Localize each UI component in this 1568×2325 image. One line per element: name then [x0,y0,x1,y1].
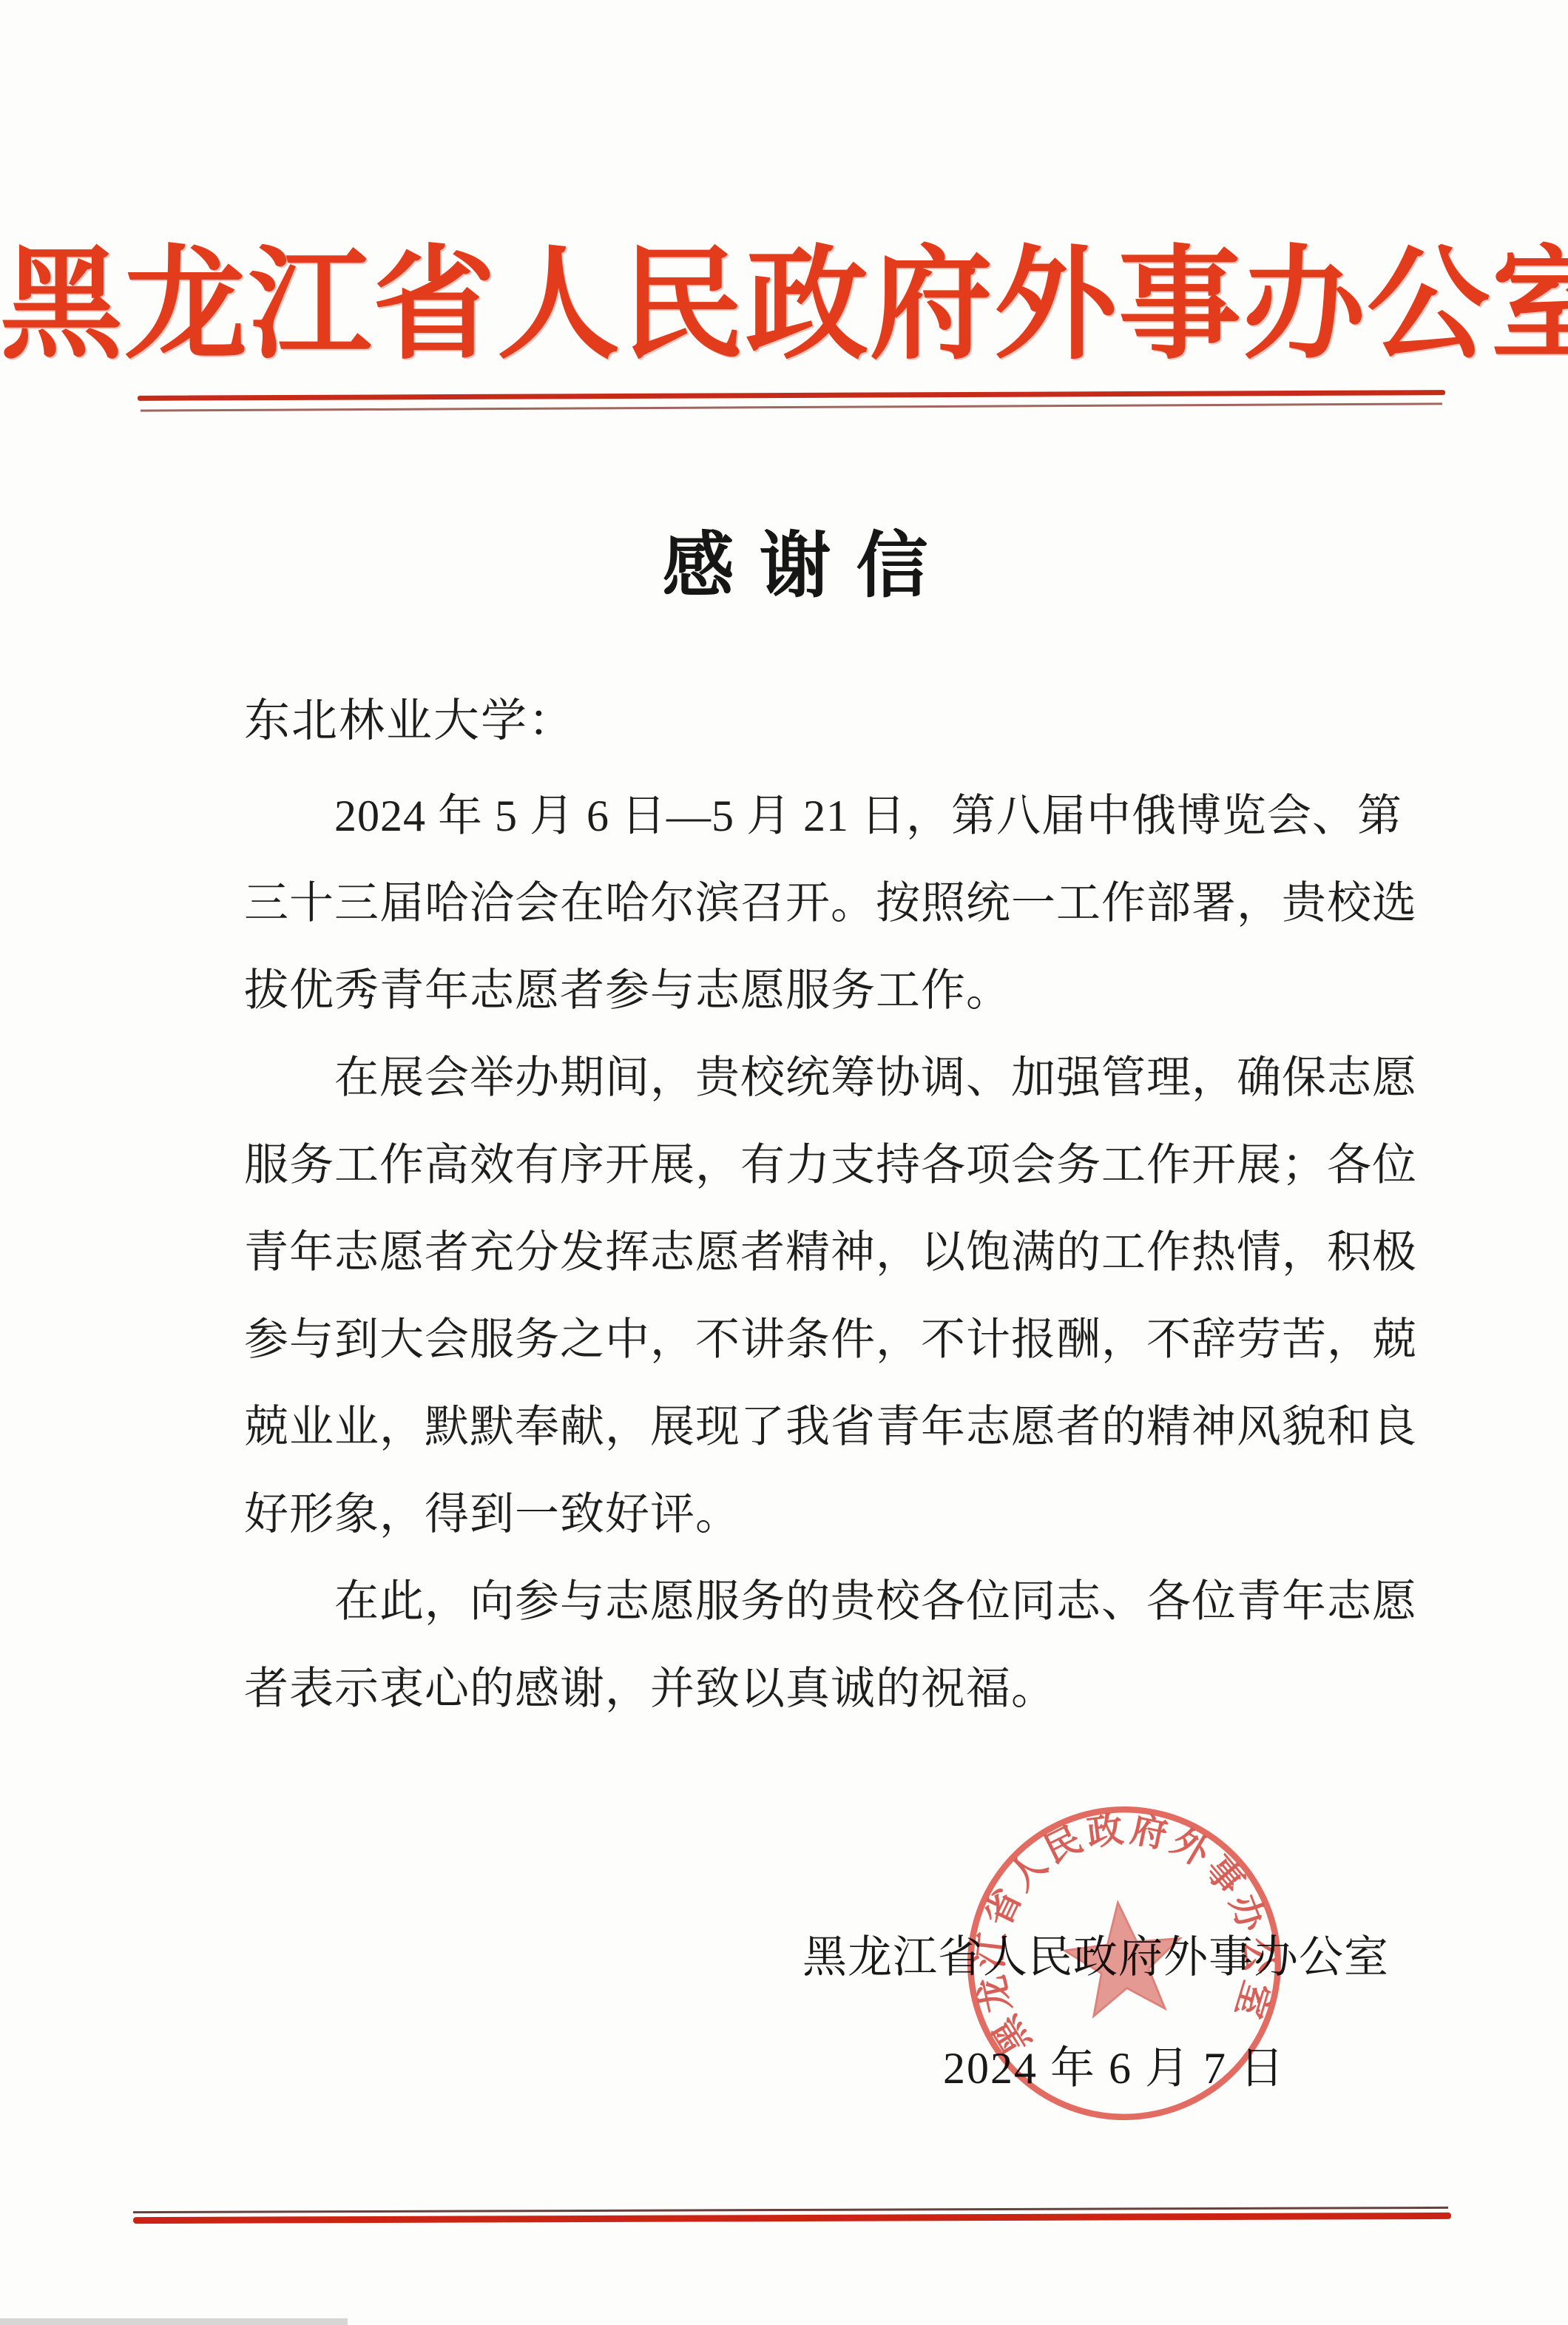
body-line: 拔优秀青年志愿者参与志愿服务工作。 [244,947,1402,1034]
header-rule-thick [138,390,1445,401]
body-line: 2024 年 5 月 6 日—5 月 21 日，第八届中俄博览会、第 [244,772,1402,860]
body-line: 在展会举办期间，贵校统筹协调、加强管理，确保志愿 [244,1034,1402,1121]
footer-rule-thin [133,2207,1448,2213]
scan-edge-smudge [0,2318,348,2325]
footer-rule-thick [133,2213,1451,2224]
official-seal: 黑龙江省人民政府外事办公室 [933,1764,1316,2162]
body-paragraphs: 2024 年 5 月 6 日—5 月 21 日，第八届中俄博览会、第三十三届哈洽… [244,772,1402,1732]
letterhead-title: 黑龙江省人民政府外事办公室 [0,235,1568,376]
body-line: 青年志愿者充分发挥志愿者精神，以饱满的工作热情，积极 [244,1209,1402,1296]
body-line: 服务工作高效有序开展，有力支持各项会务工作开展；各位 [244,1121,1402,1209]
seal-star-icon [1060,1897,1186,2019]
body-line: 三十三届哈洽会在哈尔滨召开。按照统一工作部署，贵校选 [244,860,1402,947]
seal-graphic: 黑龙江省人民政府外事办公室 [933,1764,1316,2162]
body-line: 在此，向参与志愿服务的贵校各位同志、各位青年志愿 [244,1558,1402,1645]
body-line: 参与到大会服务之中，不讲条件，不计报酬，不辞劳苦，兢 [244,1296,1402,1383]
body-line: 好形象，得到一致好评。 [244,1471,1402,1558]
letter-page: 黑龙江省人民政府外事办公室 感谢信 东北林业大学： 2024 年 5 月 6 日… [0,0,1568,2325]
header-rule-thin [141,402,1442,411]
body-line: 兢业业，默默奉献，展现了我省青年志愿者的精神风貌和良 [244,1383,1402,1471]
body-line: 者表示衷心的感谢，并致以真诚的祝福。 [244,1645,1402,1732]
document-title: 感谢信 [0,507,1568,611]
salutation: 东北林业大学： [244,684,575,749]
